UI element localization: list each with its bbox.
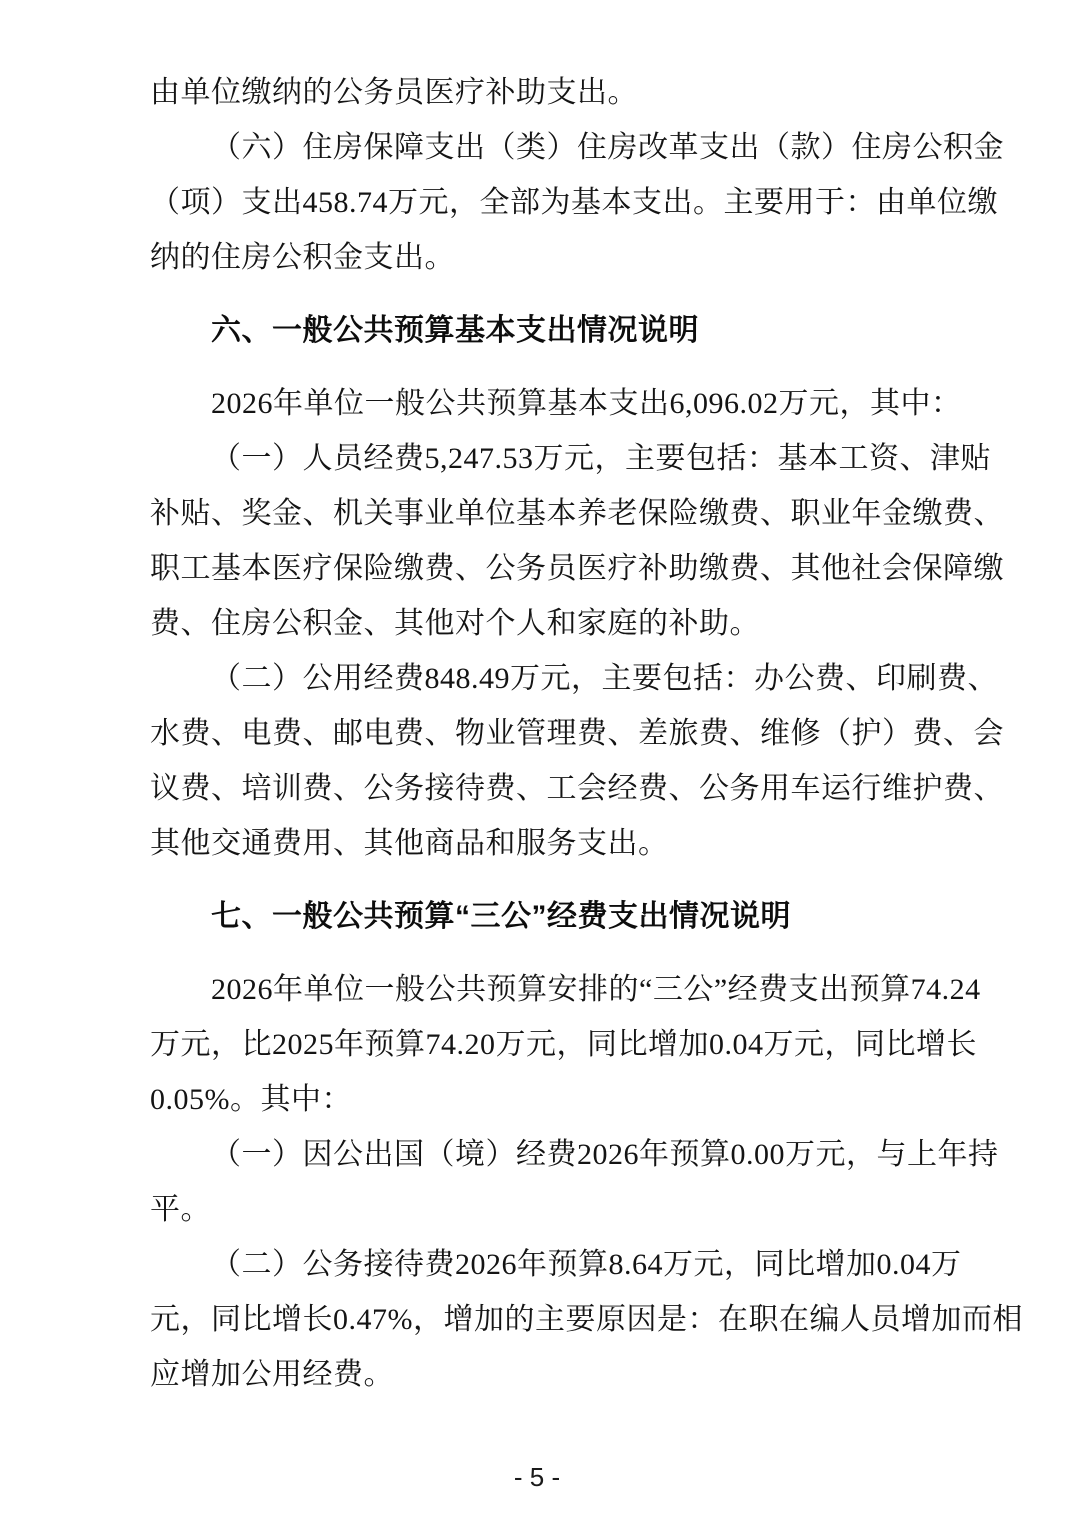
page-number: - 5 -: [0, 1462, 1074, 1492]
section-heading-seven: 七、一般公共预算“三公”经费支出情况说明: [150, 889, 931, 944]
paragraph-line: 平。: [150, 1182, 931, 1237]
paragraph-line: 0.05%。其中：: [150, 1072, 931, 1127]
paragraph-line: 应增加公用经费。: [150, 1347, 931, 1402]
paragraph-line: 水费、电费、邮电费、物业管理费、差旅费、维修（护）费、会: [150, 706, 931, 761]
paragraph-line: （一）人员经费5,247.53万元，主要包括：基本工资、津贴: [150, 431, 931, 486]
paragraph-line: 费、住房公积金、其他对个人和家庭的补助。: [150, 596, 931, 651]
paragraph-line: 其他交通费用、其他商品和服务支出。: [150, 816, 931, 871]
paragraph-line: 职工基本医疗保险缴费、公务员医疗补助缴费、其他社会保障缴: [150, 541, 931, 596]
paragraph-line: 2026年单位一般公共预算安排的“三公”经费支出预算74.24: [150, 962, 931, 1017]
text-column: 由单位缴纳的公务员医疗补助支出。 （六）住房保障支出（类）住房改革支出（款）住房…: [150, 65, 931, 1402]
paragraph-line: 议费、培训费、公务接待费、工会经费、公务用车运行维护费、: [150, 761, 931, 816]
section-heading-six: 六、一般公共预算基本支出情况说明: [150, 303, 931, 358]
paragraph-line: 万元，比2025年预算74.20万元，同比增加0.04万元，同比增长: [150, 1017, 931, 1072]
paragraph-line: （项）支出458.74万元，全部为基本支出。主要用于：由单位缴: [150, 175, 931, 230]
paragraph-line: 由单位缴纳的公务员医疗补助支出。: [150, 65, 931, 120]
paragraph-line: 纳的住房公积金支出。: [150, 230, 931, 285]
paragraph-line: 元，同比增长0.47%，增加的主要原因是：在职在编人员增加而相: [150, 1292, 931, 1347]
paragraph-line: （二）公务接待费2026年预算8.64万元，同比增加0.04万: [150, 1237, 931, 1292]
paragraph-line: 2026年单位一般公共预算基本支出6,096.02万元，其中：: [150, 376, 931, 431]
document-page: 由单位缴纳的公务员医疗补助支出。 （六）住房保障支出（类）住房改革支出（款）住房…: [0, 0, 1074, 1520]
paragraph-line: （六）住房保障支出（类）住房改革支出（款）住房公积金: [150, 120, 931, 175]
paragraph-line: （一）因公出国（境）经费2026年预算0.00万元，与上年持: [150, 1127, 931, 1182]
paragraph-line: 补贴、奖金、机关事业单位基本养老保险缴费、职业年金缴费、: [150, 486, 931, 541]
paragraph-line: （二）公用经费848.49万元，主要包括：办公费、印刷费、: [150, 651, 931, 706]
